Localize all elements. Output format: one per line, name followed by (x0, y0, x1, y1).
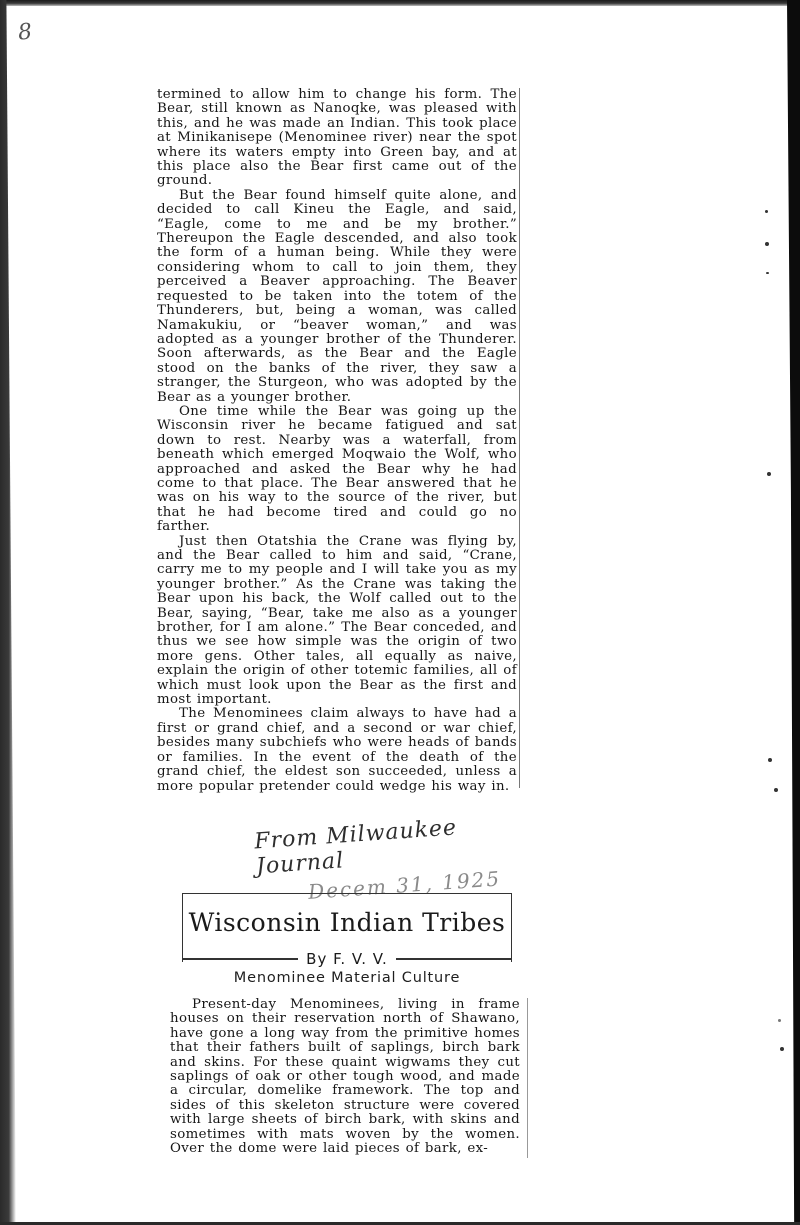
scan-speck (765, 210, 768, 213)
article-body: Present-day Menominees, living in frame … (170, 998, 520, 1156)
byline-rule-right (396, 958, 512, 960)
article-title: Wisconsin Indian Tribes (183, 908, 511, 937)
scan-speck (768, 758, 772, 762)
scan-speck (778, 1019, 781, 1022)
byline-row: By F. V. V. (182, 950, 512, 968)
newspaper-clipping-continued-article: termined to allow him to change his form… (157, 88, 517, 794)
article-paragraph: One time while the Bear was going up the… (157, 405, 517, 535)
scan-speck (766, 272, 769, 274)
byline-rule-left (182, 958, 298, 960)
article-body: termined to allow him to change his form… (157, 88, 517, 794)
scan-top-edge (0, 0, 800, 6)
article-paragraph: But the Bear found himself quite alone, … (157, 189, 517, 405)
scan-speck (780, 1047, 784, 1051)
clipping-edge (527, 998, 528, 1158)
scan-speck (767, 472, 771, 476)
page-number: 8 (17, 19, 34, 45)
scan-speck (774, 788, 778, 792)
article-byline: By F. V. V. (298, 950, 396, 968)
article-paragraph: Present-day Menominees, living in frame … (170, 998, 520, 1156)
scan-right-edge (787, 0, 800, 1225)
scan-left-edge (0, 0, 16, 1225)
scan-speck (765, 242, 769, 246)
article-paragraph: termined to allow him to change his form… (157, 88, 517, 189)
newspaper-clipping-new-article: Present-day Menominees, living in frame … (170, 998, 520, 1156)
article-subtitle: Menominee Material Culture (182, 970, 512, 986)
article-paragraph: The Menominees claim always to have had … (157, 707, 517, 793)
clipping-edge (519, 88, 520, 788)
article-paragraph: Just then Otatshia the Crane was flying … (157, 535, 517, 708)
